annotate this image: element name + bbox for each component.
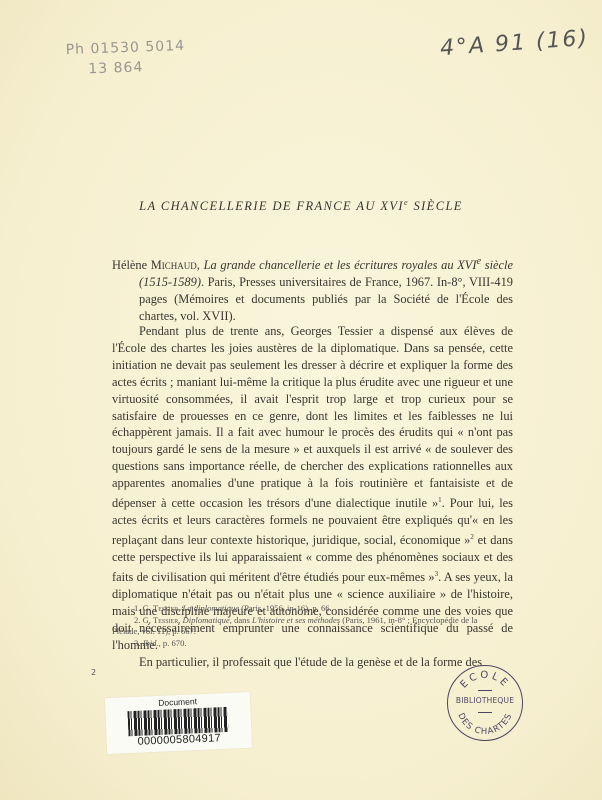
stamp-middle-text: BIBLIOTHEQUE <box>448 696 522 705</box>
author-last-name: Michaud <box>151 258 197 272</box>
footnote-number: 2. <box>134 615 143 625</box>
stamp-divider-bottom <box>478 712 492 713</box>
handwritten-shelfmark-left: Ph 01530 5014 13 864 <box>65 36 186 80</box>
handwritten-shelfmark-right: 4°A 91 (16) <box>439 29 589 59</box>
separator: , <box>197 258 204 272</box>
footnote-number: 3. <box>134 638 143 648</box>
svg-text:DES CHARTES: DES CHARTES <box>455 712 514 737</box>
footnote-3: 3. Ibid., p. 670. <box>112 638 490 650</box>
footnote-mid: , dans <box>230 615 252 625</box>
library-stamp: ECOLE DES CHARTES BIBLIOTHEQUE <box>447 665 523 741</box>
shelfmark-line-1: Ph 01530 5014 <box>65 38 185 58</box>
footnote-rest: (Paris, 1956, in-16), p. 66. <box>239 603 332 613</box>
work-title: La grande chancellerie et les écritures … <box>204 258 477 272</box>
footnote-rest: , p. 670. <box>159 638 187 648</box>
stamp-top-text: ECOLE <box>458 670 511 691</box>
footnote-author: G. Tessier <box>143 615 179 625</box>
footnotes: 1. G. Tessier, La diplomatique (Paris, 1… <box>112 603 490 649</box>
bibliographic-reference: Hélène Michaud, La grande chancellerie e… <box>112 254 513 325</box>
stamp-bottom-text: DES CHARTES <box>455 712 514 737</box>
page-number: 2 <box>91 668 96 677</box>
shelfmark-line-2: 13 864 <box>66 56 186 80</box>
article-title: LA CHANCELLERIE DE FRANCE AU XVIe SIÈCLE <box>0 198 602 214</box>
footnote-title: La diplomatique <box>183 603 240 613</box>
footnote-title: Diplomatique <box>183 615 230 625</box>
footnote-title: Ibid. <box>143 638 159 648</box>
svg-text:ECOLE: ECOLE <box>458 670 511 691</box>
stamp-divider-top <box>478 690 492 691</box>
barcode-sticker: Document 0000005804917 <box>105 692 252 754</box>
footnote-author: G. Tessier <box>143 603 179 613</box>
footnote-number: 1. <box>134 603 143 613</box>
footnote-title-2: L'histoire et ses méthodes <box>252 615 340 625</box>
footnote-1: 1. G. Tessier, La diplomatique (Paris, 1… <box>112 603 490 615</box>
barcode-label: Document <box>105 694 250 710</box>
footnote-2: 2. G. Tessier, Diplomatique, dans L'hist… <box>112 615 490 638</box>
author-first-name: Hélène <box>112 258 151 272</box>
title-suffix: SIÈCLE <box>409 199 463 213</box>
document-page: Ph 01530 5014 13 864 4°A 91 (16) LA CHAN… <box>0 0 602 800</box>
title-text: LA CHANCELLERIE DE FRANCE AU XVI <box>139 199 404 213</box>
paragraph-1-part-1: Pendant plus de trente ans, Georges Tess… <box>112 324 513 510</box>
